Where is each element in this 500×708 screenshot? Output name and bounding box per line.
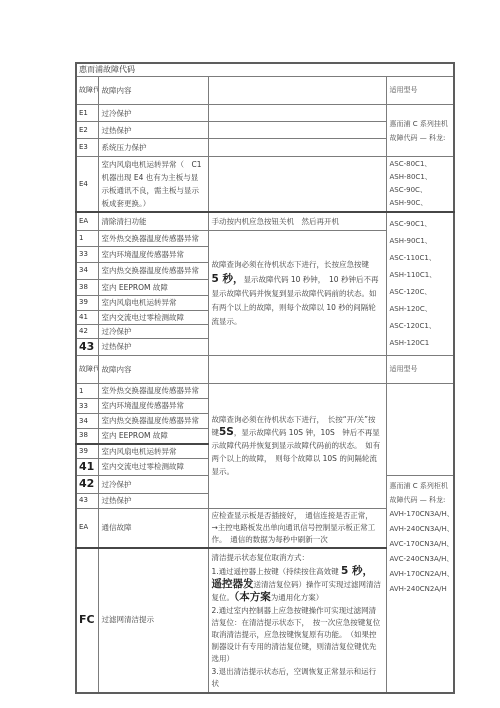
code-cell: 43 — [76, 493, 98, 508]
note-line: 惠而浦 C 系列挂机 — [390, 117, 451, 131]
content-cell: 室内 EEPROM 故障 — [98, 279, 208, 295]
code-cell: 43 — [76, 338, 98, 355]
description-cell: 故障查询必须在待机状态下进行， 长按“开/关”按键5S，显示故障代码 10S 钟… — [208, 384, 386, 509]
model-line: AVC-240CN3A/H、 — [390, 552, 451, 567]
header-content: 故障内容 — [98, 77, 208, 105]
model-line: AVH-240CN2A/H — [390, 582, 451, 597]
code-cell: 38 — [76, 279, 98, 295]
code-cell: 34 — [76, 262, 98, 279]
content-cell: 过冷保护 — [98, 476, 208, 493]
content-cell: 室内风扇电机运转异常 — [98, 295, 208, 310]
title-row: 惠而浦故障代码 — [76, 63, 454, 77]
model-line: ASH-90C1、 — [390, 233, 451, 250]
description-cell: 清洁提示状态复位取消方式： 1.通过遥控器上按键（持续按住高效键 5 秒，遥控器… — [208, 548, 386, 693]
content-cell: 室内环境温度传感器异常 — [98, 246, 208, 262]
model-line: ASH-120C1 — [390, 335, 451, 352]
desc-big-segment: 5S — [219, 426, 234, 438]
desc-line: 2.通过室内控制器上应急按键操作可实现过滤网清洁复位：在清洁提示状态下， 按一次… — [212, 605, 383, 665]
header-code: 故障代码 — [76, 356, 98, 384]
model-line: AVH-170CN3A/H、 — [390, 507, 451, 522]
content-cell: 室内环境温度传感器异常 — [98, 399, 208, 414]
content-cell: 过冷保护 — [98, 324, 208, 338]
note-line: 故障代码 — 科龙: — [390, 493, 451, 507]
code-cell: E1 — [76, 105, 98, 122]
code-cell: E3 — [76, 139, 98, 157]
model-line: ASC-80C1、 — [390, 158, 451, 171]
models-cell: ASC-90C1、 ASH-90C1、 ASC-110C1、 ASH-110C1… — [386, 212, 454, 355]
description-cell — [208, 157, 386, 213]
content-cell: 过冷保护 — [98, 105, 208, 122]
description-cell: 应检查显示板是否插接好， 通信连接是否正常， →主控电路板发出单向通讯信号控制显… — [208, 508, 386, 548]
model-line: ASC-90C1、 — [390, 216, 451, 233]
header-models: 适用型号 — [386, 77, 454, 105]
code-cell: 39 — [76, 295, 98, 310]
content-cell: 室内 EEPROM 故障 — [98, 429, 208, 444]
code-cell: 42 — [76, 324, 98, 338]
header-desc — [208, 356, 386, 384]
content-cell: 过热保护 — [98, 122, 208, 139]
table-row: EA 清除清扫功能 手动按内机应急按钮关机 然后再开机 ASC-90C1、 AS… — [76, 212, 454, 230]
description-cell — [208, 105, 386, 122]
code-cell: E4 — [76, 157, 98, 213]
model-line: AVH-170CN2A/H、 — [390, 567, 451, 582]
desc-segment: 故障查询必须在待机状态下进行，长按应急按键 — [212, 260, 377, 269]
code-cell: 1 — [76, 230, 98, 246]
code-cell: FC — [76, 548, 98, 693]
code-cell: 42 — [76, 476, 98, 493]
header-content: 故障内容 — [98, 356, 208, 384]
desc-big-segment: 5 秒， — [212, 273, 244, 285]
description-cell: 故障查询必须在待机状态下进行，长按应急按键 5 秒，显示故障代码 10 秒钟， … — [208, 230, 386, 355]
desc-big-segment: （本方案 — [234, 591, 271, 603]
desc-segment: ，显示故障代码 10S 钟，10S 钟后不再显示故障代码并恢复到显示故障代码前的… — [212, 428, 381, 476]
model-line: ASC-120C1、 — [390, 318, 451, 335]
desc-segment: 1.通过遥控器上按键（持续按住高效键 — [212, 567, 342, 576]
content-cell: 过热保护 — [98, 493, 208, 508]
code-cell: 38 — [76, 429, 98, 444]
code-cell: EA — [76, 212, 98, 230]
content-cell: 系统压力保护 — [98, 139, 208, 157]
description-cell — [208, 139, 386, 157]
desc-segment: 为通用化方案） — [271, 593, 324, 602]
code-cell: 41 — [76, 310, 98, 324]
header-models: 适用型号 — [386, 356, 454, 384]
model-line: AVC-170CN3A/H、 — [390, 537, 451, 552]
models-cell: ASC-80C1、 ASH-80C1、 ASC-90C、 ASH-90C、 — [386, 157, 454, 213]
note-line: 故障代码 — 科龙: — [390, 131, 451, 145]
content-cell: 室内交流电过零检测故障 — [98, 459, 208, 476]
table-row: E1 过冷保护 惠而浦 C 系列挂机 故障代码 — 科龙: — [76, 105, 454, 122]
content-cell: 室内交流电过零检测故障 — [98, 310, 208, 324]
code-cell: 33 — [76, 399, 98, 414]
model-line: AVH-240CN3A/H、 — [390, 522, 451, 537]
content-cell: 通信故障 — [98, 508, 208, 548]
code-cell: 34 — [76, 414, 98, 429]
model-line: ASC-110C1、 — [390, 250, 451, 267]
table-row: E4 室内风扇电机运转异常（ C1 机器出现 E4 也有为主板与显示板通讯不良，… — [76, 157, 454, 213]
content-cell: 室外热交换器温度传感器异常 — [98, 384, 208, 399]
model-line: ASH-80C1、 — [390, 171, 451, 184]
header-code: 故障代码 — [76, 77, 98, 105]
model-line: ASH-120C、 — [390, 301, 451, 318]
header-desc — [208, 77, 386, 105]
models-cell — [386, 384, 454, 476]
code-cell: E2 — [76, 122, 98, 139]
model-line: ASH-90C、 — [390, 197, 451, 210]
desc-line: 清洁提示状态复位取消方式： — [212, 552, 383, 564]
code-cell: EA — [76, 508, 98, 548]
model-line: ASH-110C1、 — [390, 267, 451, 284]
note-line: 惠而浦 C 系列柜机 — [390, 479, 451, 493]
content-cell: 过滤网清洁提示 — [98, 548, 208, 693]
models-cell: 惠而浦 C 系列柜机 故障代码 — 科龙: AVH-170CN3A/H、 AVH… — [386, 476, 454, 693]
model-line: ASC-120C、 — [390, 284, 451, 301]
content-cell: 室外热交换器温度传感器异常 — [98, 230, 208, 246]
desc-line: 3.退出清洁提示状态后，空调恢复正常显示和运行状 — [212, 666, 383, 690]
code-cell: 39 — [76, 444, 98, 459]
description-cell: 手动按内机应急按钮关机 然后再开机 — [208, 212, 386, 230]
code-cell: 1 — [76, 384, 98, 399]
content-cell: 过热保护 — [98, 338, 208, 355]
content-cell: 室内热交换器温度传感器异常 — [98, 262, 208, 279]
code-cell: 41 — [76, 459, 98, 476]
content-cell: 室内风扇电机运转异常 — [98, 444, 208, 459]
fault-code-table: 惠而浦故障代码 故障代码 故障内容 适用型号 E1 过冷保护 惠而浦 C 系列挂… — [75, 62, 455, 694]
document-page: 惠而浦故障代码 故障代码 故障内容 适用型号 E1 过冷保护 惠而浦 C 系列挂… — [0, 0, 500, 708]
code-cell: 33 — [76, 246, 98, 262]
models-cell: 惠而浦 C 系列挂机 故障代码 — 科龙: — [386, 105, 454, 157]
table-title: 惠而浦故障代码 — [76, 63, 454, 77]
content-cell: 室内风扇电机运转异常（ C1 机器出现 E4 也有为主板与显示板通讯不良，需主板… — [98, 157, 208, 213]
model-line: ASC-90C、 — [390, 184, 451, 197]
table-row: 1 室外热交换器温度传感器异常 故障查询必须在待机状态下进行， 长按“开/关”按… — [76, 384, 454, 399]
header-row: 故障代码 故障内容 适用型号 — [76, 77, 454, 105]
description-cell — [208, 122, 386, 139]
content-cell: 室内热交换器温度传感器异常 — [98, 414, 208, 429]
desc-line: 1.通过遥控器上按键（持续按住高效键 5 秒，遥控器发送清洁复位码）操作可实现过… — [212, 565, 383, 604]
header-row: 故障代码 故障内容 适用型号 — [76, 356, 454, 384]
content-cell: 清除清扫功能 — [98, 212, 208, 230]
